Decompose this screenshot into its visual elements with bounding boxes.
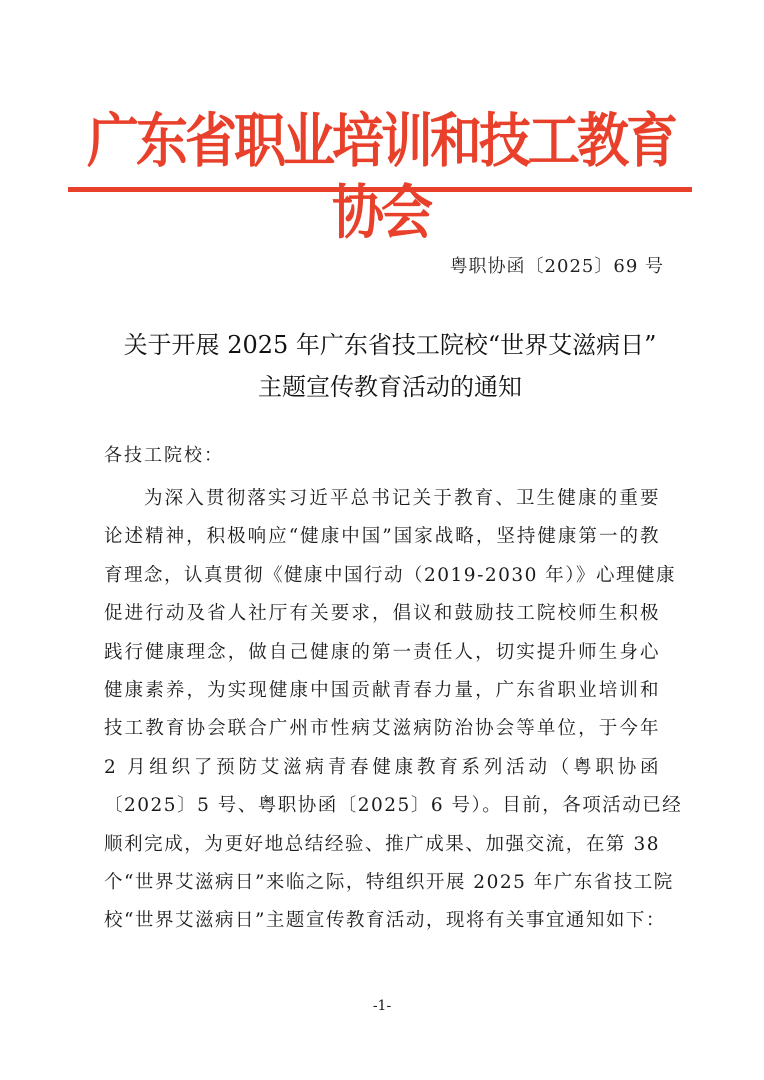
page-number: -1- bbox=[0, 998, 764, 1014]
body-line: 为深入贯彻落实习近平总书记关于教育、卫生健康的重要 bbox=[104, 480, 660, 518]
title-line-1: 关于开展 2025 年广东省技工院校“世界艾滋病日” bbox=[80, 324, 700, 366]
body-line: 顺利完成，为更好地总结经验、推广成果、加强交流，在第 38 bbox=[104, 826, 660, 864]
document-title: 关于开展 2025 年广东省技工院校“世界艾滋病日” 主题宣传教育活动的通知 bbox=[80, 324, 700, 408]
letterhead-red-rule bbox=[68, 187, 692, 192]
title-line-2: 主题宣传教育活动的通知 bbox=[80, 366, 700, 408]
body-line: 2 月组织了预防艾滋病青春健康教育系列活动（粤职协函 bbox=[104, 749, 660, 787]
body-line: 技工教育协会联合广州市性病艾滋病防治协会等单位，于今年 bbox=[104, 710, 660, 748]
document-number: 粤职协函〔2025〕69 号 bbox=[450, 252, 664, 278]
body-line: 校“世界艾滋病日”主题宣传教育活动，现将有关事宜通知如下： bbox=[104, 902, 660, 940]
body-line: 论述精神，积极响应“健康中国”国家战略，坚持健康第一的教 bbox=[104, 518, 660, 556]
body-paragraph: 为深入贯彻落实习近平总书记关于教育、卫生健康的重要 论述精神，积极响应“健康中国… bbox=[104, 480, 660, 941]
letterhead-org-name: 广东省职业培训和技工教育协会 bbox=[68, 106, 694, 249]
body-line: 健康素养，为实现健康中国贡献青春力量，广东省职业培训和 bbox=[104, 672, 660, 710]
body-line: 育理念，认真贯彻《健康中国行动（2019-2030 年）》心理健康 bbox=[104, 557, 660, 595]
body-line: 践行健康理念，做自己健康的第一责任人，切实提升师生身心 bbox=[104, 634, 660, 672]
body-line: 促进行动及省人社厅有关要求，倡议和鼓励技工院校师生积极 bbox=[104, 595, 660, 633]
body-line: 〔2025〕5 号、粤职协函〔2025〕6 号）。目前，各项活动已经 bbox=[104, 787, 660, 825]
salutation: 各技工院校： bbox=[104, 441, 224, 467]
body-line: 个“世界艾滋病日”来临之际，特组织开展 2025 年广东省技工院 bbox=[104, 864, 660, 902]
